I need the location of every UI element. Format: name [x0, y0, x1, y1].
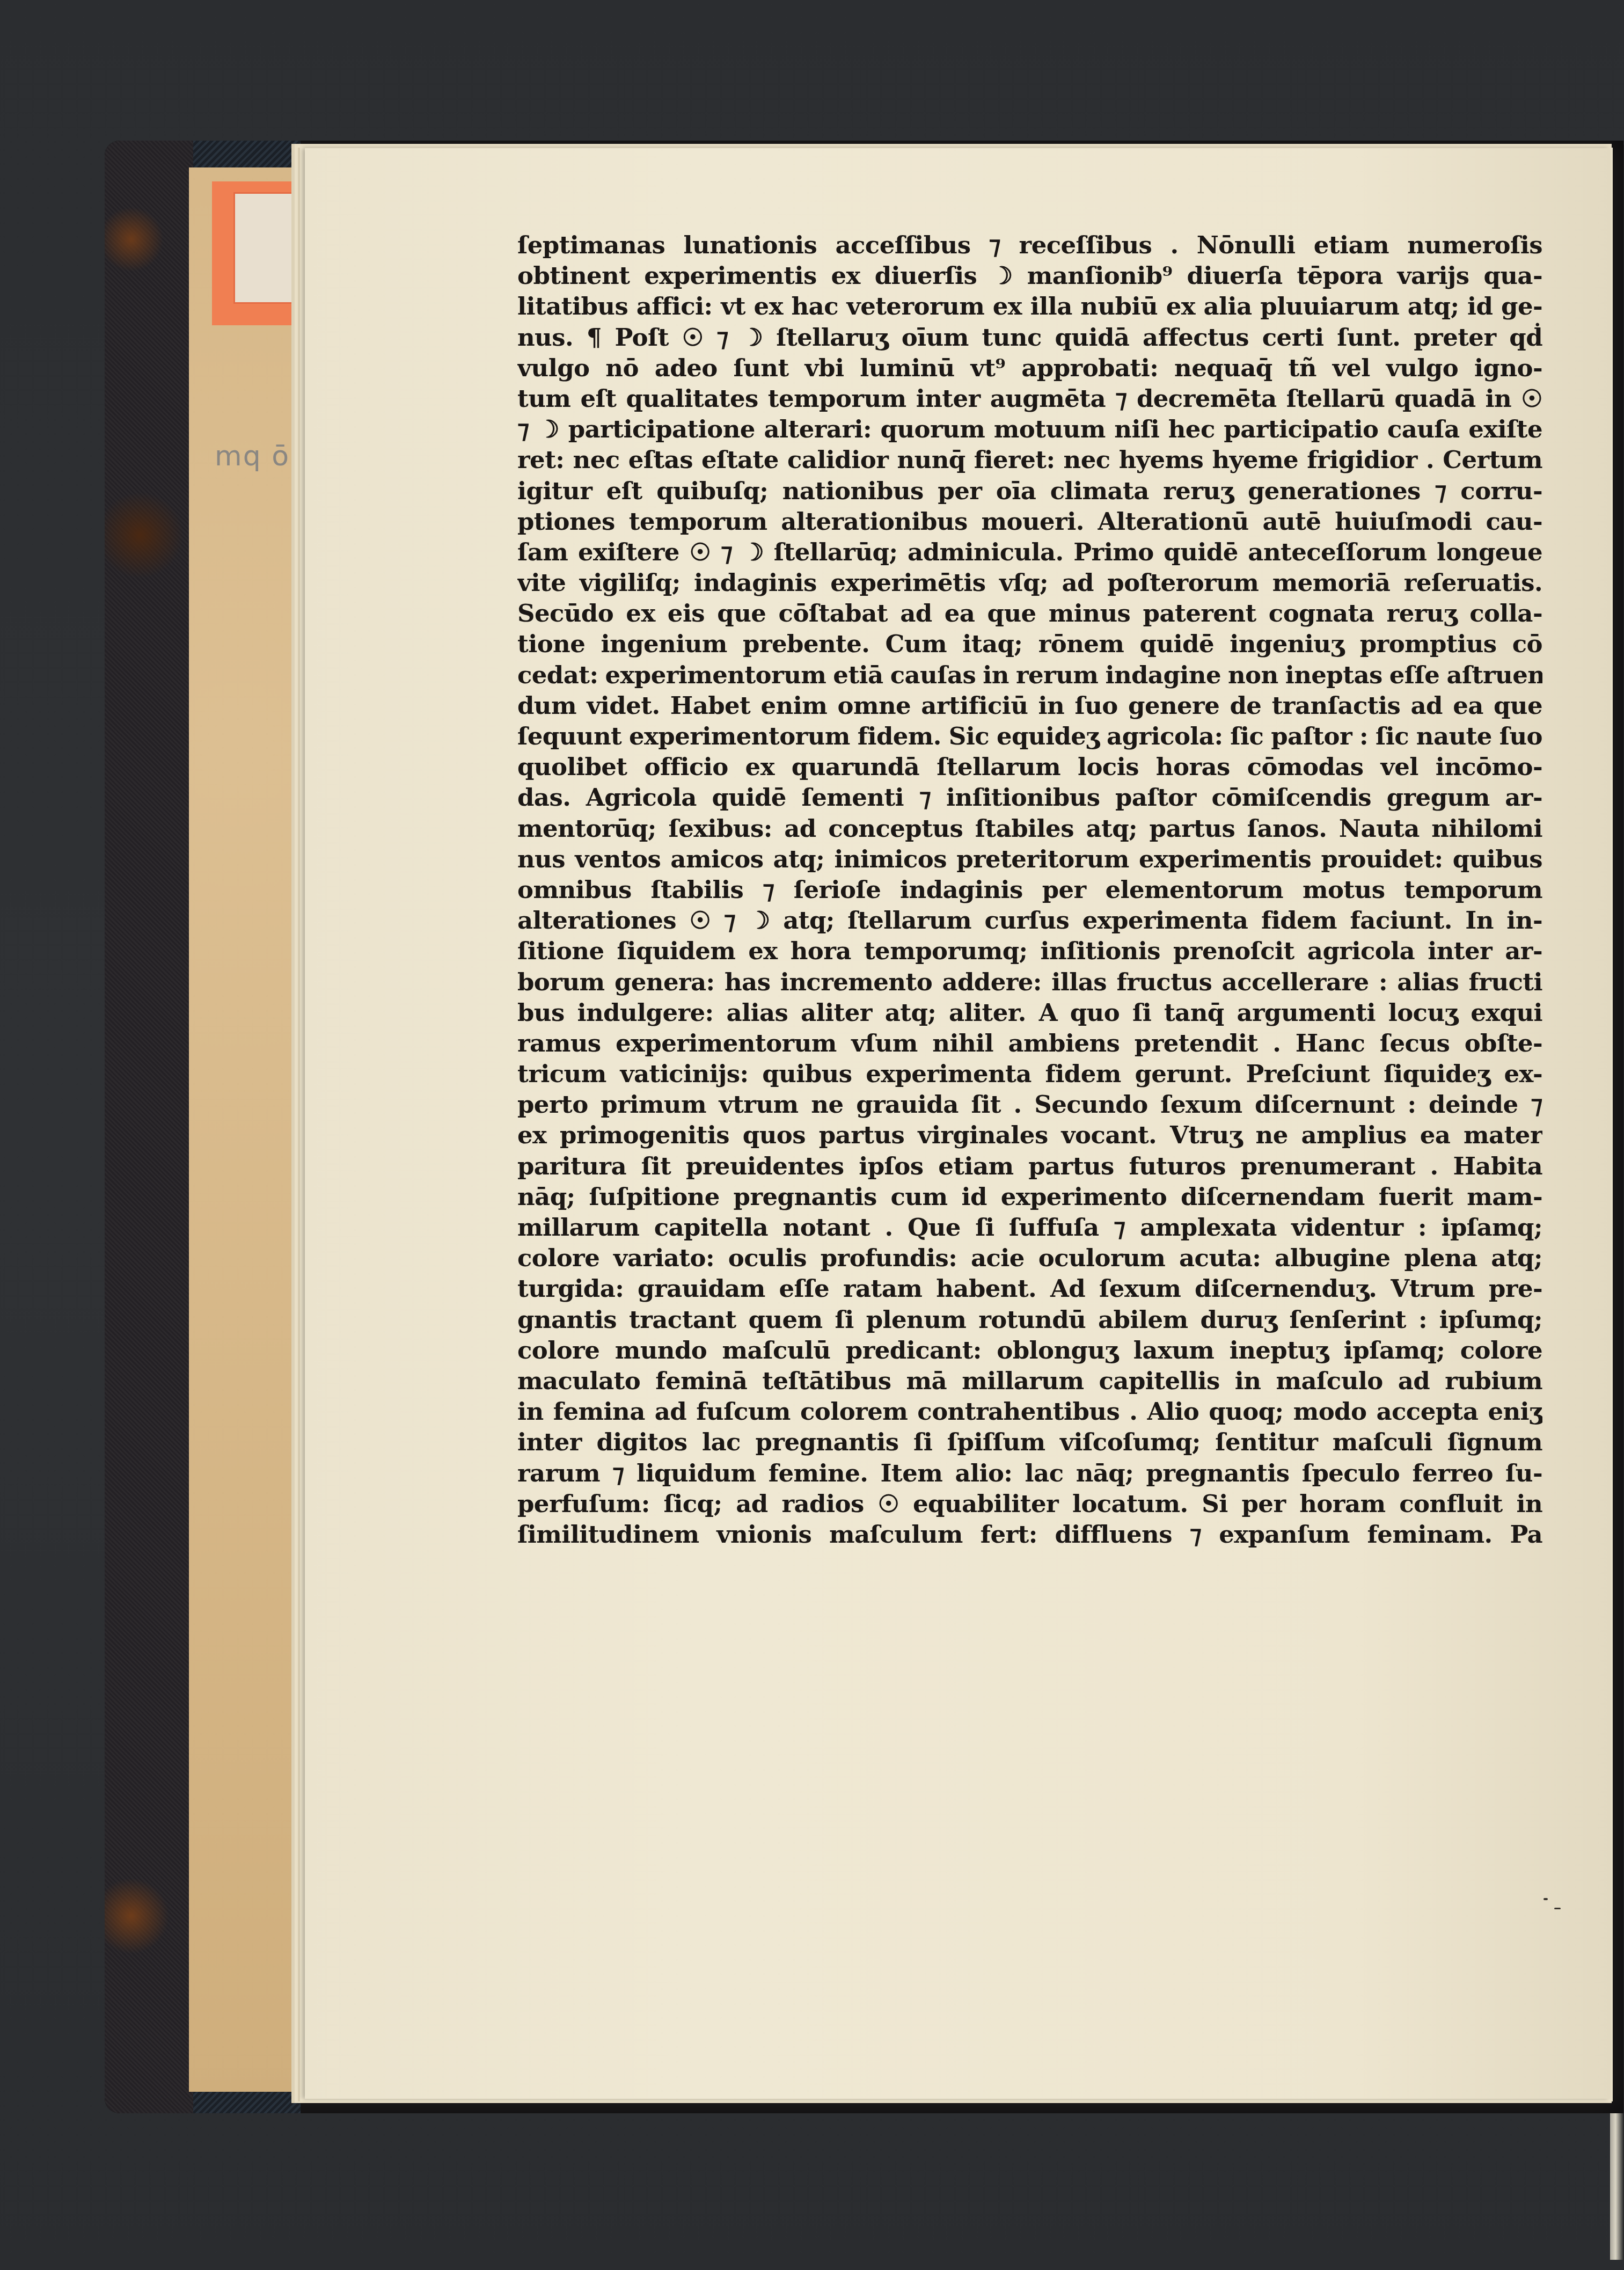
- text-line: bus indulgere: alias aliter atq; aliter.…: [517, 997, 1542, 1028]
- text-line: borum genera: has incremento addere: ill…: [517, 967, 1542, 997]
- text-line: tricum vaticinijs: quibus experimenta fi…: [517, 1059, 1542, 1089]
- text-line: vulgo nō adeo ſunt vbi luminū vt⁹ approb…: [517, 353, 1542, 383]
- text-line: tione ingenium prebente. Cum itaq; rōnem…: [517, 629, 1542, 659]
- text-line: das. Agricola quidē ſementi ⁊ inſitionib…: [517, 782, 1542, 813]
- text-line: ramus experimentorum vſum nihil ambiens …: [517, 1028, 1542, 1059]
- text-line: rarum ⁊ liquidum femine. Item alio: lac …: [517, 1458, 1542, 1488]
- text-line: nus. ¶ Poſt ☉ ⁊ ☽ ſtellaruʒ oīum tunc qu…: [517, 322, 1542, 353]
- pencil-annotation: mq ō: [215, 440, 290, 472]
- text-line: maculato feminā teſtātibus mā millarum c…: [517, 1366, 1542, 1396]
- text-line: nāq; ſuſpitione pregnantis cum id experi…: [517, 1181, 1542, 1212]
- text-line: millarum capitella notant . Que ſi ſuffu…: [517, 1212, 1542, 1243]
- text-line: ret: nec eſtas eſtate calidior nunq̄ fie…: [517, 444, 1542, 475]
- text-line: omnibus ſtabilis ⁊ ſerioſe indaginis per…: [517, 874, 1542, 905]
- text-block: ſeptimanas lunationis acceſſibus ⁊ receſ…: [517, 230, 1542, 1550]
- text-line: obtinent experimentis ex diuerſis ☽ manſ…: [517, 260, 1542, 291]
- text-line: ex primogenitis quos partus virginales v…: [517, 1120, 1542, 1150]
- text-line: colore variato: oculis profundis: acie o…: [517, 1243, 1542, 1273]
- text-line: inter digitos lac pregnantis ſi ſpiſſum …: [517, 1427, 1542, 1457]
- text-line: ſam exiſtere ☉ ⁊ ☽ ſtellarūq; adminicula…: [517, 537, 1542, 567]
- text-line: cedat: experimentorum etiā cauſas in rer…: [517, 660, 1542, 690]
- text-line: colore mundo maſculū predicant: oblonguʒ…: [517, 1335, 1542, 1366]
- text-line: perfuſum: ſicq; ad radios ☉ equabiliter …: [517, 1488, 1542, 1519]
- text-line: dum videt. Habet enim omne artificiū in …: [517, 690, 1542, 721]
- ink-speck: [1554, 1908, 1561, 1909]
- text-line: quolibet officio ex quarundā ſtellarum l…: [517, 751, 1542, 782]
- text-line: gnantis tractant quem ſi plenum rotundū …: [517, 1304, 1542, 1335]
- text-line: Secūdo ex eis que cōſtabat ad ea que min…: [517, 598, 1542, 629]
- text-line: paritura ſit preuidentes ipſos etiam par…: [517, 1151, 1542, 1181]
- text-line: litatibus affici: vt ex hac veterorum ex…: [517, 291, 1542, 322]
- text-line: vite vigiliſq; indaginis experimētis vſq…: [517, 567, 1542, 598]
- text-line: turgida: grauidam eſſe ratam habent. Ad …: [517, 1273, 1542, 1304]
- text-line: in femina ad fuſcum colorem contrahentib…: [517, 1396, 1542, 1427]
- text-line: igitur eſt quibuſq; nationibus per oīa c…: [517, 476, 1542, 506]
- leather-spine-corner: [105, 141, 193, 2113]
- text-line: ⁊ ☽ participatione alterari: quorum motu…: [517, 414, 1542, 444]
- text-line: perto primum vtrum ne grauida ſit . Secu…: [517, 1089, 1542, 1120]
- text-line: ſimilitudinem vnionis maſculum fert: dif…: [517, 1519, 1542, 1550]
- text-line: nus ventos amicos atq; inimicos preterit…: [517, 844, 1542, 874]
- text-line: tum eſt qualitates temporum inter augmēt…: [517, 383, 1542, 414]
- text-line: ſequunt experimentorum fidem. Sic equide…: [517, 721, 1542, 751]
- ink-speck: [1543, 1898, 1548, 1900]
- text-line: mentorūq; ſexibus: ad conceptus ſtabiles…: [517, 813, 1542, 844]
- text-line: ptiones temporum alterationibus moueri. …: [517, 506, 1542, 537]
- text-line: ſeptimanas lunationis acceſſibus ⁊ receſ…: [517, 230, 1542, 260]
- text-line: ſitione ſiquidem ex hora temporumq; inſi…: [517, 936, 1542, 966]
- text-line: alterationes ☉ ⁊ ☽ atq; ſtellarum curſus…: [517, 905, 1542, 936]
